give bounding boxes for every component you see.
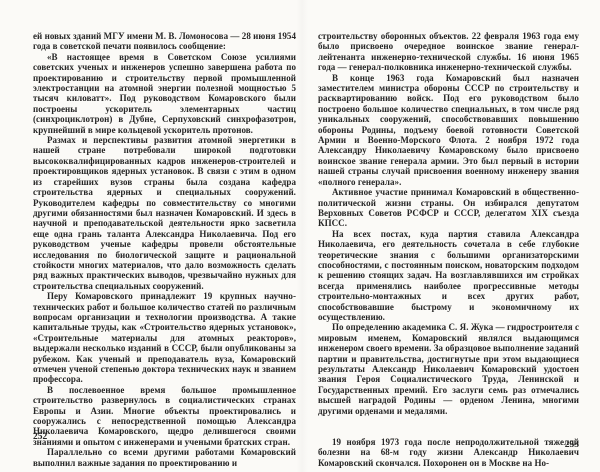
page-number-right: 253 <box>565 440 579 450</box>
paragraph: Активное участие принимал Комаровский в … <box>318 187 579 229</box>
page-right-text-column: строительству оборонных объектов. 22 фев… <box>318 31 579 468</box>
paragraph: ей новых зданий МГУ имени М. В. Ломоносо… <box>33 31 296 52</box>
page-left-text-column: ей новых зданий МГУ имени М. В. Ломоносо… <box>33 31 296 468</box>
paragraph: Параллельно со всеми другими работами Ко… <box>33 447 296 468</box>
page-number-left: 252 <box>33 432 47 442</box>
page-left: ей новых зданий МГУ имени М. В. Ломоносо… <box>0 0 300 472</box>
paragraph: Размах и перспективы развития атомной эн… <box>33 135 296 291</box>
paragraph: 19 ноября 1973 года после непродолжитель… <box>318 437 579 468</box>
paragraph: строительству оборонных объектов. 22 фев… <box>318 31 579 73</box>
paragraph: На всех постах, куда партия ставила Алек… <box>318 229 579 323</box>
paragraph: «В настоящее время в Советском Союзе уси… <box>33 52 296 135</box>
paragraph: Перу Комаровского принадлежит 19 крупных… <box>33 291 296 385</box>
paragraph: В конце 1963 года Комаровский был назнач… <box>318 73 579 187</box>
paragraph: В послевоенное время большое промышленно… <box>33 385 296 447</box>
page-right: строительству оборонных объектов. 22 фев… <box>300 0 600 472</box>
book-spread: ей новых зданий МГУ имени М. В. Ломоносо… <box>0 0 600 472</box>
paragraph: По определению академика С. Я. Жука — ги… <box>318 322 579 416</box>
